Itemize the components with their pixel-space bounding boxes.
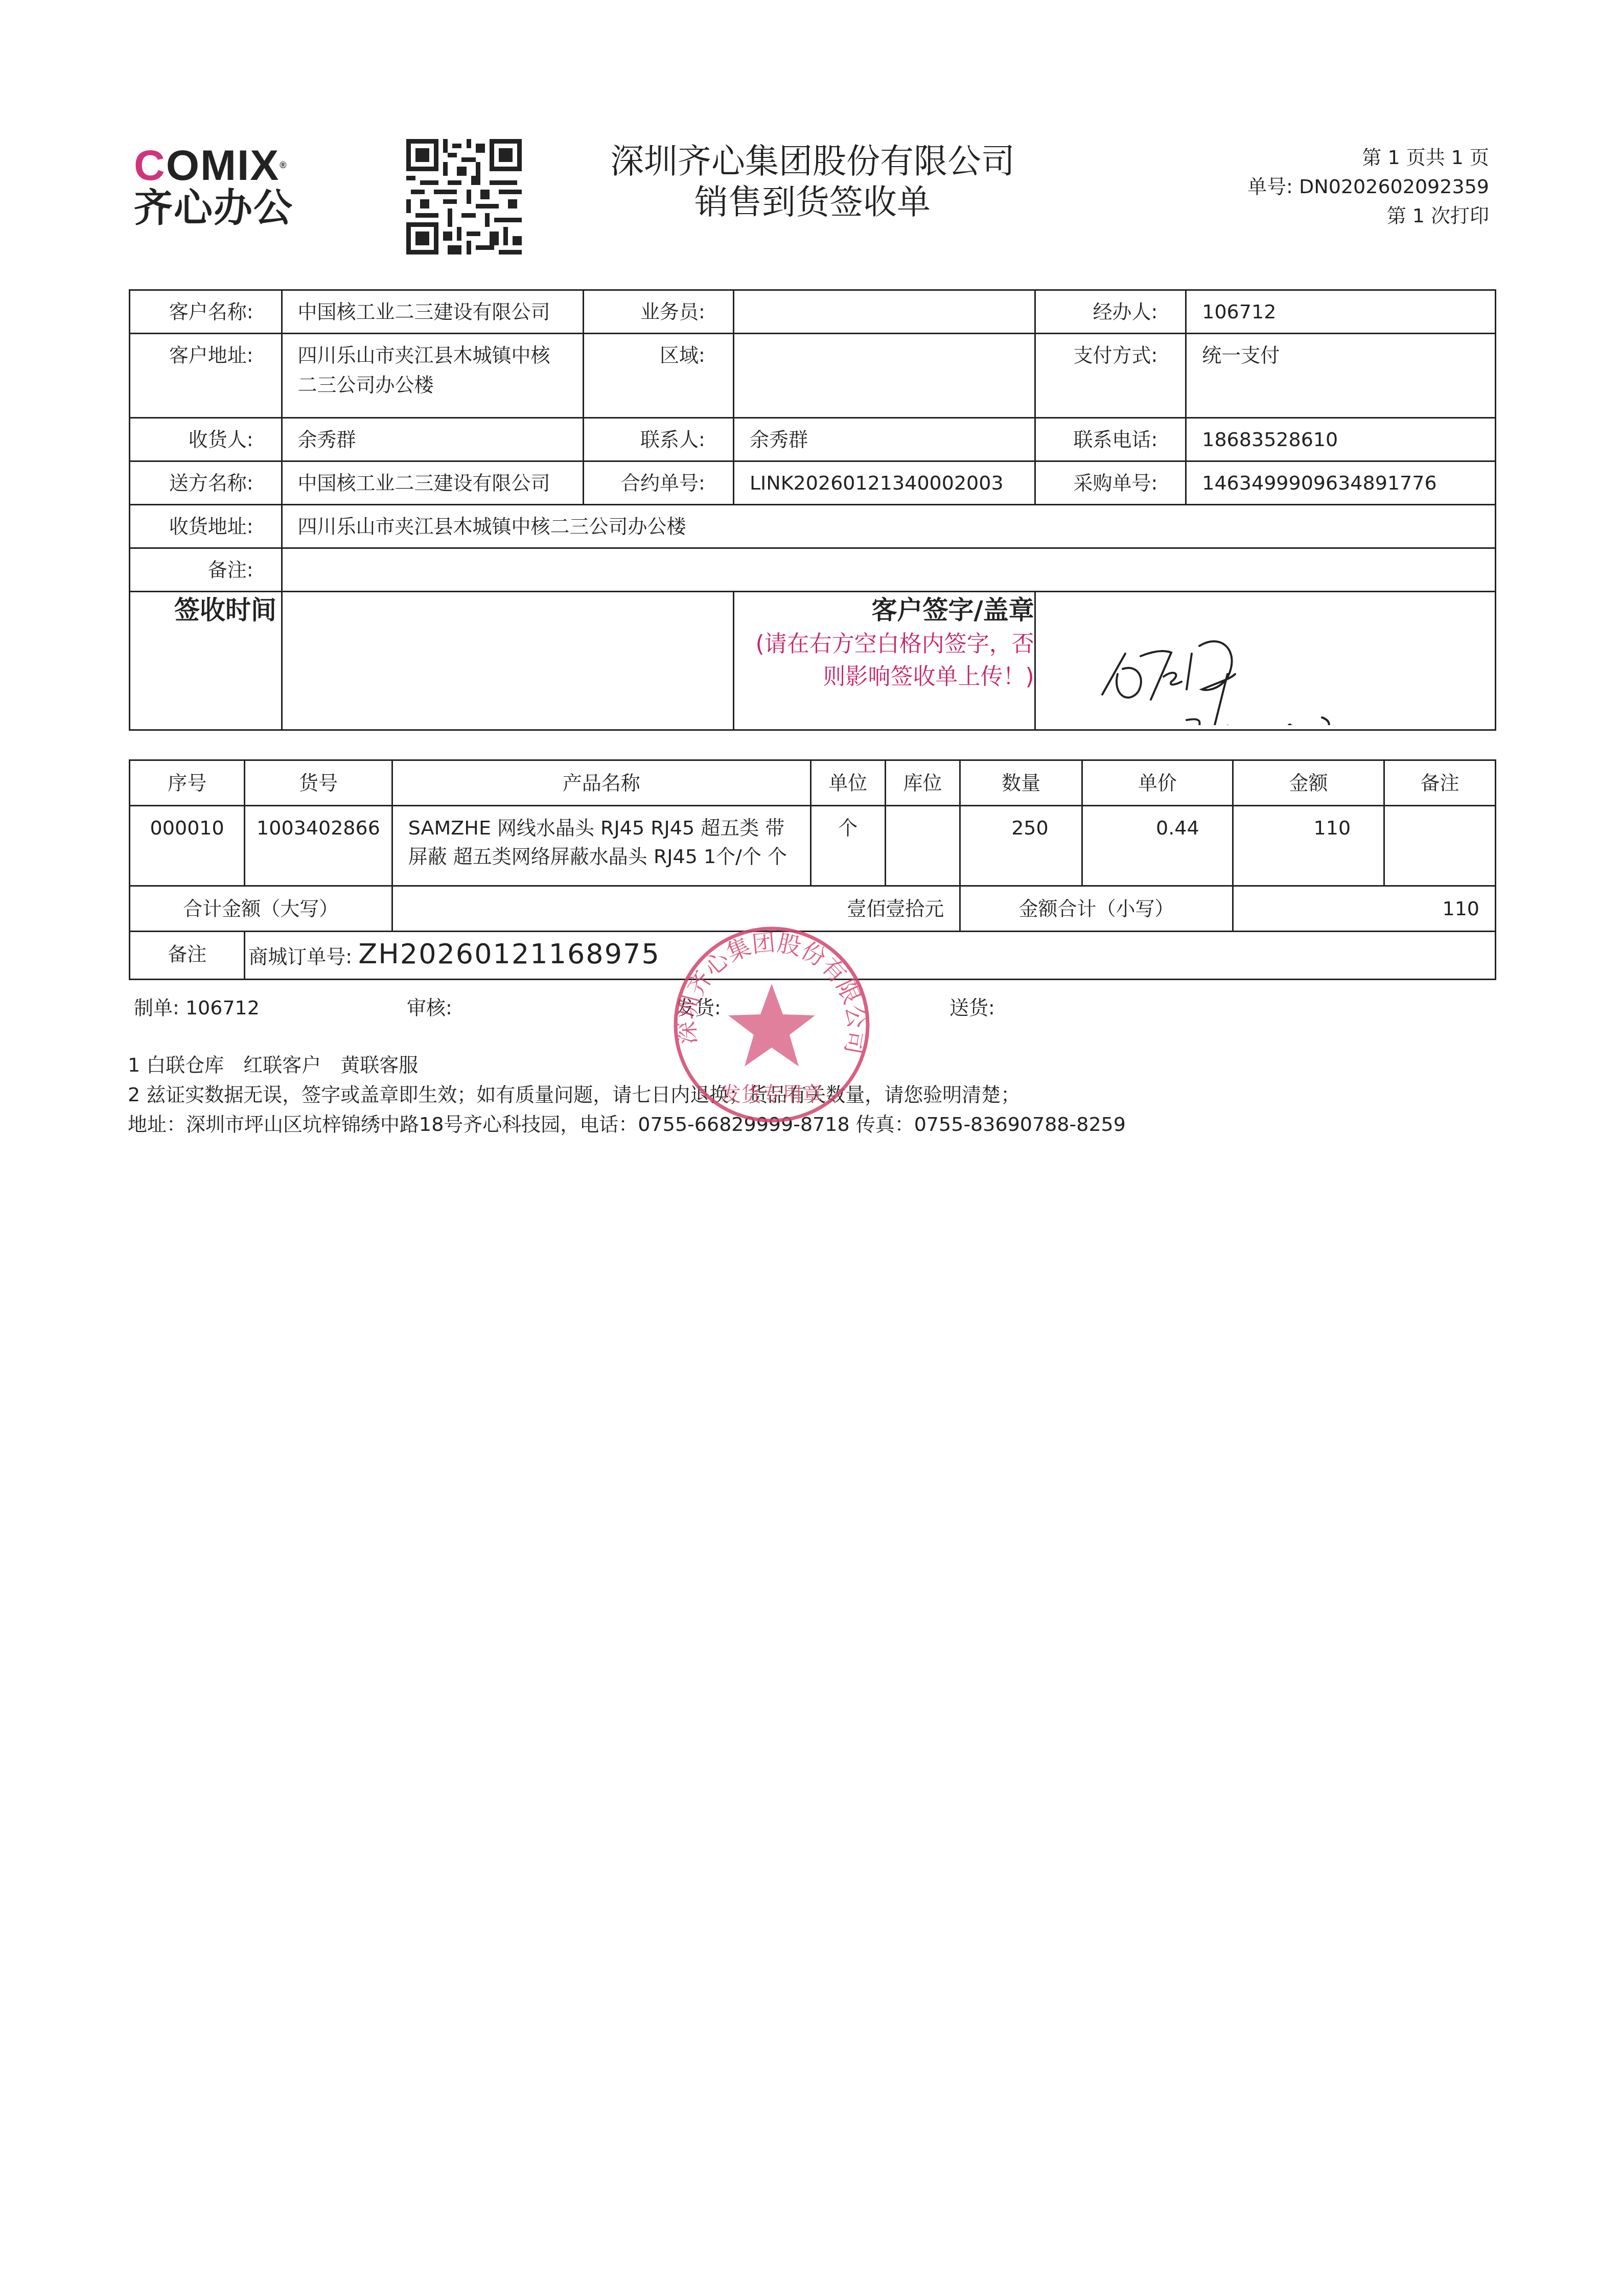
logo-letter: C [134,141,166,189]
comix-logo: COMIX® [134,147,318,183]
col-header-price: 单价 [1082,760,1233,806]
col-header-product: 产品名称 [392,760,810,806]
info-row: 收货地址: 四川乐山市夹江县木城镇中核二三公司办公楼 [130,505,1496,548]
cell-note [1384,806,1496,886]
items-header-row: 序号 货号 产品名称 单位 库位 数量 单价 金额 备注 [130,760,1496,806]
total-upper-value: 壹佰壹拾元 [392,886,960,932]
cell-price: 0.44 [1082,806,1233,886]
delivery-address-value: 四川乐山市夹江县木城镇中核二三公司办公楼 [282,505,1495,548]
salesperson-value [733,290,1035,334]
info-row: 备注: [130,548,1496,592]
phone-value: 18683528610 [1186,418,1496,461]
contract-value: LINK20260121340002003 [733,461,1035,505]
col-header-amount: 金额 [1233,760,1384,806]
total-lower-value: 110 [1233,886,1495,932]
sign-row: 签收时间 客户签字/盖章 (请在右方空白格内签字，否则影响签收单上传！) [130,592,1496,730]
total-row: 合计金额（大写） 壹佰壹拾元 金额合计（小写） 110 [130,886,1496,932]
items-table: 序号 货号 产品名称 单位 库位 数量 单价 金额 备注 000010 1003… [129,759,1496,980]
page-info: 第 1 页共 1 页 [1362,143,1489,172]
doc-number: 单号: DN0202602092359 [1247,172,1489,201]
maker-field: 制单: 106712 [134,993,260,1022]
contact-label: 联系人: [584,418,734,461]
cell-seq: 000010 [130,806,245,886]
company-title: 深圳齐心集团股份有限公司 [603,141,1022,182]
print-count: 第 1 次打印 [1387,201,1489,230]
info-row: 收货人: 余秀群 联系人: 余秀群 联系电话: 18683528610 [130,418,1496,461]
handler-value: 106712 [1186,290,1496,334]
cell-sku: 1003402866 [245,806,392,886]
contact-value: 余秀群 [733,418,1035,461]
total-upper-label: 合计金额（大写） [130,886,392,932]
document-title: 销售到货签收单 [603,182,1022,223]
info-row: 送方名称: 中国核工业二三建设有限公司 合约单号: LINK2026012134… [130,461,1496,505]
cell-product: SAMZHE 网线水晶头 RJ45 RJ45 超五类 带屏蔽 超五类网络屏蔽水晶… [392,806,810,886]
info-row: 客户名称: 中国核工业二三建设有限公司 业务员: 经办人: 106712 [130,290,1496,334]
remark-row: 备注 商城订单号: ZH20260121168975 [130,932,1496,980]
customer-sign-label-cell: 客户签字/盖章 (请在右方空白格内签字，否则影响签收单上传！) [733,592,1035,730]
items-remark-value: 商城订单号: ZH20260121168975 [245,932,1496,980]
region-value [733,334,1035,418]
handler-label: 经办人: [1035,290,1186,334]
cell-location [885,806,960,886]
delivery-address-label: 收货地址: [130,505,282,548]
copy-distribution-note: 1 白联仓库 红联客户 黄联客服 [128,1051,418,1079]
cell-qty: 250 [960,806,1082,886]
table-row: 000010 1003402866 SAMZHE 网线水晶头 RJ45 RJ45… [130,806,1496,886]
payment-value: 统一支付 [1186,334,1496,418]
doc-number-value: DN0202602092359 [1299,175,1489,198]
purchase-label: 采购单号: [1035,461,1186,505]
customer-address-value: 四川乐山市夹江县木城镇中核二三公司办公楼 [282,334,584,418]
consignee-label: 收货人: [130,418,282,461]
maker-value: 106712 [186,996,260,1019]
customer-sign-note: (请在右方空白格内签字，否则影响签收单上传！) [734,628,1034,693]
consignee-value: 余秀群 [282,418,584,461]
col-header-seq: 序号 [130,760,245,806]
remark-value [282,548,1495,592]
total-lower-label: 金额合计（小写） [960,886,1233,932]
company-address: 地址：深圳市坪山区坑梓锦绣中路18号齐心科技园，电话：0755-66829999… [128,1110,1126,1139]
customer-signature-field[interactable] [1035,592,1495,730]
ship-to-label: 送方名称: [130,461,282,505]
doc-number-label: 单号: [1247,175,1293,198]
remark-label: 备注: [130,548,282,592]
deliver-label: 送货: [949,993,995,1022]
payment-label: 支付方式: [1035,334,1186,418]
col-header-note: 备注 [1384,760,1496,806]
customer-address-label: 客户地址: [130,334,282,418]
mall-order-number: ZH20260121168975 [358,938,660,970]
mall-order-label: 商城订单号: [248,945,352,968]
col-header-qty: 数量 [960,760,1082,806]
logo-text: OMIX [166,141,280,189]
review-label: 审核: [407,993,452,1022]
col-header-unit: 单位 [810,760,885,806]
contract-label: 合约单号: [584,461,734,505]
customer-info-table: 客户名称: 中国核工业二三建设有限公司 业务员: 经办人: 106712 客户地… [129,289,1496,731]
sign-time-field[interactable] [282,592,733,730]
region-label: 区域: [584,334,734,418]
customer-name-value: 中国核工业二三建设有限公司 [282,290,584,334]
sign-time-label: 签收时间 [130,592,282,730]
items-remark-label: 备注 [130,932,245,980]
brand-cn-name: 齐心办公 [134,185,293,231]
col-header-sku: 货号 [245,760,392,806]
maker-label: 制单: [134,996,179,1019]
cell-amount: 110 [1233,806,1384,886]
salesperson-label: 业务员: [584,290,734,334]
cell-unit: 个 [810,806,885,886]
customer-sign-label: 客户签字/盖章 [734,592,1034,628]
terms-note: 2 兹证实数据无误，签字或盖章即生效；如有质量问题，请七日内退换；货品有关数量，… [128,1080,1020,1109]
col-header-location: 库位 [885,760,960,806]
ship-to-value: 中国核工业二三建设有限公司 [282,461,584,505]
info-row: 客户地址: 四川乐山市夹江县木城镇中核二三公司办公楼 区域: 支付方式: 统一支… [130,334,1496,418]
customer-name-label: 客户名称: [130,290,282,334]
ship-label: 发货: [676,993,721,1022]
qr-code-icon [406,139,522,254]
phone-label: 联系电话: [1035,418,1186,461]
handwritten-signature-icon [1036,592,1496,725]
purchase-value: 1463499909634891776 [1186,461,1496,505]
